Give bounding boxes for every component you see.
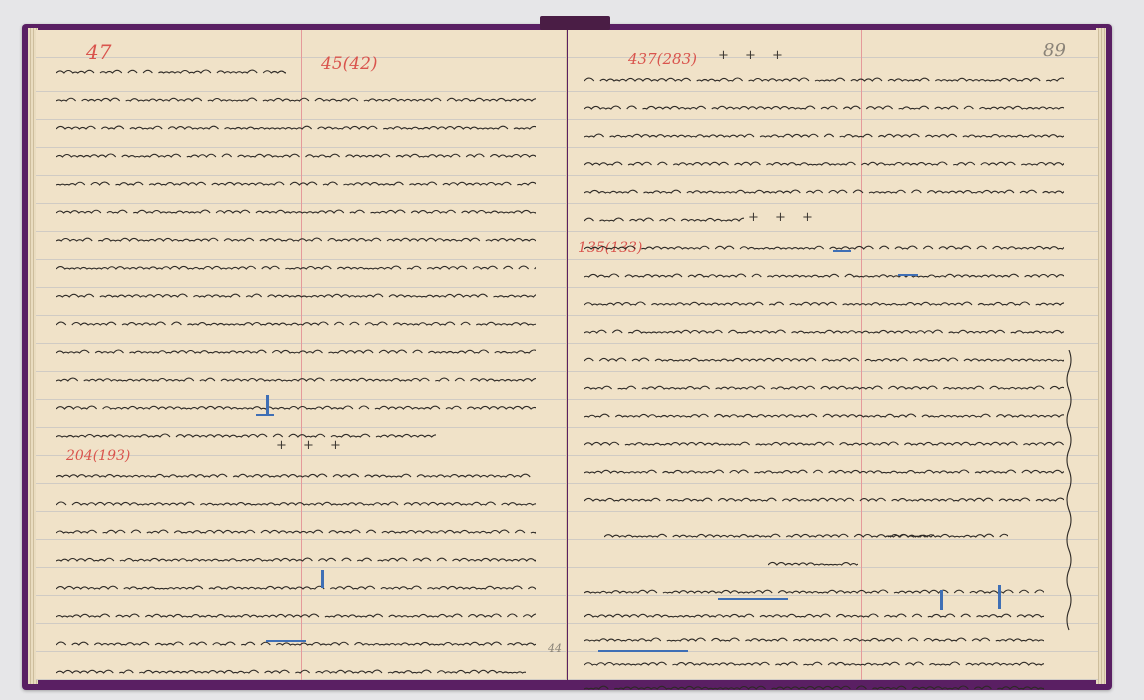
blue-pencil-mark xyxy=(898,274,918,276)
handwritten-line xyxy=(56,554,536,566)
blue-pencil-mark xyxy=(998,585,1001,609)
handwritten-line xyxy=(56,526,536,538)
handwritten-line xyxy=(584,102,1064,114)
handwritten-line xyxy=(584,214,744,226)
handwritten-line xyxy=(56,150,536,162)
folio-number: 45(42) xyxy=(321,54,378,74)
handwritten-line xyxy=(56,666,526,678)
handwritten-line xyxy=(584,658,1044,670)
handwritten-line xyxy=(584,382,1064,394)
handwritten-line xyxy=(56,498,536,510)
blue-pencil-mark xyxy=(321,570,324,588)
handwritten-line xyxy=(584,438,1064,450)
blue-pencil-mark xyxy=(256,414,274,416)
spine-top xyxy=(540,16,610,30)
handwritten-line xyxy=(56,610,536,622)
folio-number: 437(283) xyxy=(628,50,697,68)
handwritten-line xyxy=(56,374,536,386)
section-separator: + + + xyxy=(748,210,819,225)
handwritten-line xyxy=(56,318,536,330)
section-separator: + + + xyxy=(718,48,789,63)
handwritten-line xyxy=(584,682,1044,694)
handwritten-line xyxy=(584,466,1064,478)
handwritten-line xyxy=(56,94,536,106)
vertical-margin-note xyxy=(1060,350,1078,640)
blue-pencil-mark xyxy=(266,395,269,415)
handwritten-line xyxy=(56,262,536,274)
blue-pencil-mark xyxy=(833,250,851,252)
blue-pencil-mark xyxy=(598,650,688,652)
handwritten-line xyxy=(56,290,536,302)
handwritten-line xyxy=(584,494,1064,506)
blue-pencil-mark xyxy=(266,640,306,642)
handwritten-line xyxy=(584,586,1044,598)
blue-pencil-mark xyxy=(718,598,788,600)
handwritten-line xyxy=(888,530,1008,542)
handwritten-line xyxy=(56,470,536,482)
corner-page-number: 89 xyxy=(1043,40,1066,61)
handwritten-line xyxy=(56,402,536,414)
handwritten-line xyxy=(56,346,536,358)
handwritten-line xyxy=(584,634,1044,646)
corner-page-number: 47 xyxy=(86,40,111,64)
right-page: 437(283) 89 + + + + + + 135(133) xyxy=(568,30,1098,680)
handwritten-line xyxy=(56,206,536,218)
section-number: 204(193) xyxy=(66,448,130,464)
handwritten-line xyxy=(56,66,286,78)
handwritten-line xyxy=(604,530,934,542)
left-page: 47 45(42) 204(193) + + + 44 xyxy=(36,30,567,680)
handwritten-line xyxy=(584,74,1064,86)
handwritten-line xyxy=(584,326,1064,338)
handwritten-line xyxy=(584,158,1064,170)
handwritten-line xyxy=(584,354,1064,366)
handwritten-line xyxy=(584,298,1064,310)
handwritten-line xyxy=(56,430,436,442)
handwritten-line xyxy=(56,178,536,190)
bottom-page-number: 44 xyxy=(548,642,562,655)
handwritten-line xyxy=(584,610,1044,622)
handwritten-line xyxy=(584,242,1064,254)
handwritten-line xyxy=(56,582,536,594)
handwritten-line xyxy=(584,186,1064,198)
blue-pencil-mark xyxy=(940,590,943,610)
handwritten-line xyxy=(584,410,1064,422)
handwritten-line xyxy=(56,234,536,246)
handwritten-line xyxy=(584,130,1064,142)
handwritten-line xyxy=(768,558,858,570)
handwritten-line xyxy=(584,270,1064,282)
handwritten-line xyxy=(56,122,536,134)
